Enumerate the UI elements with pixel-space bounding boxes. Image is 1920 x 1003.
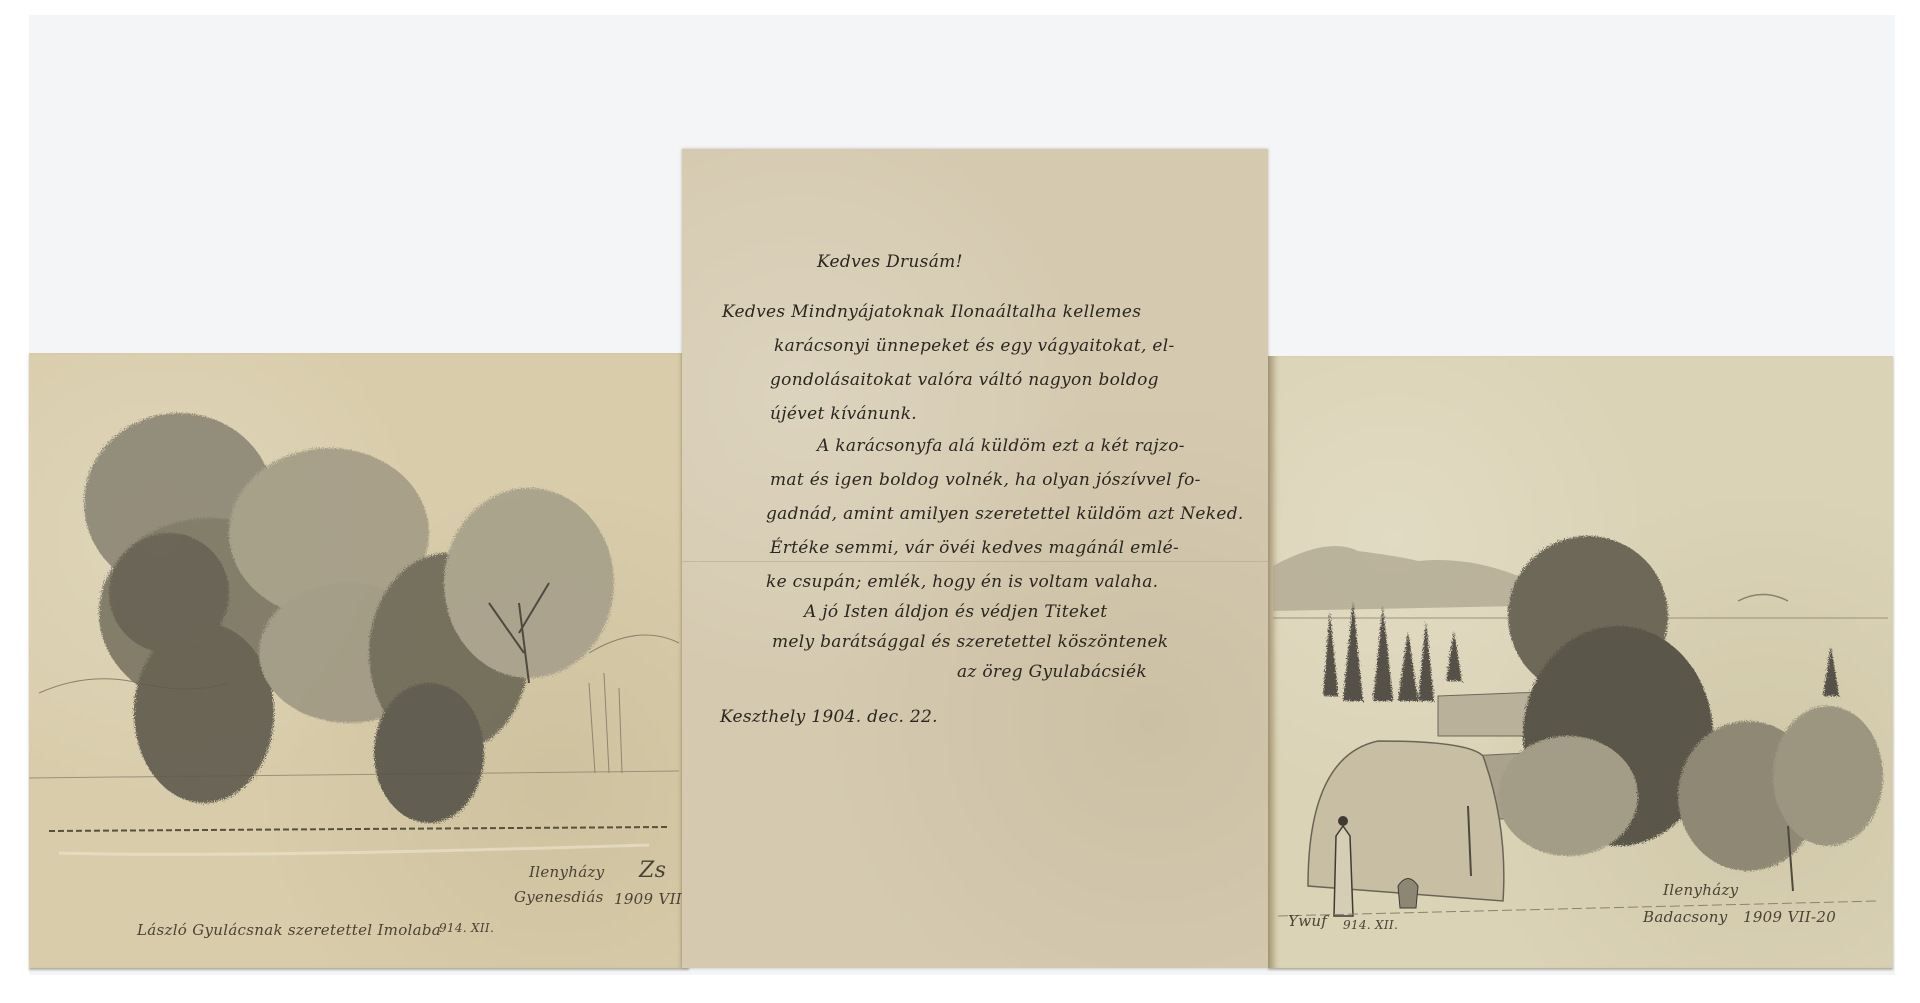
right-dedication-date: 914. XII. [1343, 918, 1398, 932]
letter-line: mely barátsággal és szeretettel köszönte… [772, 632, 1168, 652]
letter-place-date: Keszthely 1904. dec. 22. [720, 707, 938, 727]
right-date: 1909 VII-20 [1743, 908, 1836, 926]
letter-line: gondolásaitokat valóra váltó nagyon bold… [770, 370, 1159, 390]
letter-line: Értéke semmi, vár övéi kedves magánál em… [770, 538, 1179, 558]
left-signature-mark: Zs [639, 858, 666, 883]
letter-line: A jó Isten áldjon és védjen Titeket [804, 602, 1107, 622]
left-dedication-date: 914. XII. [439, 921, 494, 935]
right-place: Badacsony [1643, 908, 1727, 926]
letter-line: újévet kívánunk. [770, 404, 917, 424]
letter-line: ke csupán; emlék, hogy én is voltam vala… [766, 572, 1158, 592]
letter-salutation: Kedves Drusám! [817, 252, 963, 272]
left-date: 1909 VII [614, 890, 682, 908]
left-dedication: László Gyulácsnak szeretettel Imolaba [137, 921, 441, 939]
right-drawing-sheet: Ilenyházy Badacsony 1909 VII-20 Ywuf 914… [1268, 356, 1893, 968]
right-signature: Ilenyházy [1663, 881, 1738, 899]
left-place: Gyenesdiás [514, 888, 604, 906]
letter-line: A karácsonyfa alá küldöm ezt a két rajzo… [817, 436, 1185, 456]
letter-closing: az öreg Gyulabácsiék [957, 662, 1147, 682]
right-dedication-fragment: Ywuf [1288, 912, 1327, 930]
letter-line: karácsonyi ünnepeket és egy vágyaitokat,… [774, 336, 1175, 356]
haystack-landscape-sketch [1268, 356, 1893, 968]
letter-line: gadnád, amint amilyen szeretettel küldöm… [766, 504, 1244, 524]
left-signature: Ilenyházy [529, 863, 604, 881]
left-drawing-sheet: Ilenyházy Zs Gyenesdiás 1909 VII László … [29, 353, 689, 968]
letter-line: mat és igen boldog volnék, ha olyan jósz… [770, 470, 1201, 490]
letter-fold-line [682, 561, 1268, 562]
letter-line: Kedves Mindnyájatoknak Ilonaáltalha kell… [722, 302, 1141, 322]
letter-sheet: Kedves Drusám! Kedves Mindnyájatoknak Il… [682, 149, 1268, 968]
